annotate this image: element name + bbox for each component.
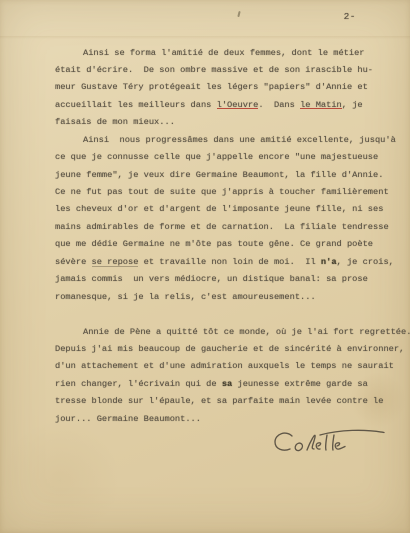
typed-line: jeune femme", je veux dire Germaine Beau…	[55, 167, 399, 184]
typed-text-segment: tresse blonde sur l'épaule, et sa parfai…	[55, 396, 383, 406]
overtyped-text: n'a	[321, 257, 337, 267]
red-underlined-title: le Matin	[300, 100, 342, 110]
typed-text-segment: , je crois,	[337, 257, 394, 267]
pencil-mark	[237, 11, 240, 17]
red-underlined-title: l'Oeuvre	[217, 100, 259, 110]
signature-colette: Colette	[270, 423, 392, 471]
typed-text-segment: Depuis j'ai mis beaucoup de gaucherie et…	[55, 344, 404, 354]
paragraph: Ainsi nous progressâmes dans une amitié …	[55, 132, 399, 306]
typed-line: Annie de Pène a quitté tôt ce monde, où …	[55, 324, 399, 341]
typed-line: jamais commis un vers médiocre, un disti…	[55, 271, 399, 288]
typed-line: romanesque, si je la relis, c'est amoure…	[55, 289, 399, 306]
typed-line: Depuis j'ai mis beaucoup de gaucherie et…	[55, 341, 399, 358]
page-number: 2-	[344, 11, 356, 22]
typed-text-segment: . Dans	[258, 100, 300, 110]
typed-line: d'un attachement et d'une admiration aux…	[55, 358, 399, 375]
paper-crease	[0, 36, 410, 39]
typed-text-segment: , je	[342, 100, 363, 110]
typed-text-segment: faisais de mon mieux...	[55, 117, 175, 127]
typed-text-segment: jeune femme", je veux dire Germaine Beau…	[55, 170, 383, 180]
typed-line: Ce ne fut pas tout de suite que j'appris…	[55, 184, 399, 201]
typed-line: Ainsi se forma l'amitié de deux femmes, …	[55, 45, 399, 62]
typed-line: que me dédie Germaine ne m'ôte pas toute…	[55, 236, 399, 253]
typed-text-segment: sévère	[55, 257, 92, 267]
paragraph: Annie de Pène a quitté tôt ce monde, où …	[55, 324, 399, 429]
typed-text-segment: jamais commis un vers médiocre, un disti…	[55, 274, 368, 284]
typed-text-segment: Ainsi nous progressâmes dans une amitié …	[83, 135, 396, 145]
typed-line: meur Gustave Téry protégeait les légers …	[55, 79, 399, 96]
typed-line: accueillait les meilleurs dans l'Oeuvre.…	[55, 97, 399, 114]
typed-line: était d'écrire. De son ombre massive et …	[55, 62, 399, 79]
typed-text-segment: était d'écrire. De son ombre massive et …	[55, 65, 373, 75]
signature-ink-strokes	[270, 423, 392, 471]
typed-text-segment: jour... Germaine Beaumont...	[55, 414, 201, 424]
typed-text-segment: rien changer, l'écrivain qui de	[55, 379, 222, 389]
typed-text-segment: meur Gustave Téry protégeait les légers …	[55, 82, 368, 92]
typed-line: sévère se repose et travaille non loin d…	[55, 254, 399, 271]
typed-text-segment: mains admirables de forme et de carnatio…	[55, 222, 389, 232]
typewritten-page: 2- Ainsi se forma l'amitié de deux femme…	[0, 0, 410, 533]
typed-text-segment: accueillait les meilleurs dans	[55, 100, 217, 110]
typed-text-segment: les cheveux d'or et d'argent de l'imposa…	[55, 204, 383, 214]
typed-text-segment: Annie de Pène a quitté tôt ce monde, où …	[83, 327, 410, 337]
typed-text-segment: que me dédie Germaine ne m'ôte pas toute…	[55, 239, 373, 249]
typed-text-segment: romanesque, si je la relis, c'est amoure…	[55, 292, 316, 302]
typed-text: Ainsi se forma l'amitié de deux femmes, …	[55, 45, 399, 429]
typed-line: rien changer, l'écrivain qui de sa jeune…	[55, 376, 399, 393]
typed-line: faisais de mon mieux...	[55, 114, 399, 131]
paragraph: Ainsi se forma l'amitié de deux femmes, …	[55, 45, 399, 132]
typed-text-segment: et travaille non loin de moi. Il	[138, 257, 320, 267]
typed-text-segment: Ce ne fut pas tout de suite que j'appris…	[55, 187, 389, 197]
typed-line: ce que je connusse celle que j'appelle e…	[55, 149, 399, 166]
typed-text-segment: jeunesse extrême garde sa	[232, 379, 368, 389]
typed-text-segment: d'un attachement et d'une admiration aux…	[55, 361, 394, 371]
typed-line: les cheveux d'or et d'argent de l'imposa…	[55, 201, 399, 218]
typed-line: mains admirables de forme et de carnatio…	[55, 219, 399, 236]
typed-line: tresse blonde sur l'épaule, et sa parfai…	[55, 393, 399, 410]
typed-line: Ainsi nous progressâmes dans une amitié …	[55, 132, 399, 149]
underscored-text: se repose	[92, 257, 139, 267]
typed-text-segment: ce que je connusse celle que j'appelle e…	[55, 152, 378, 162]
overtyped-text: sa	[222, 379, 232, 389]
typed-text-segment: Ainsi se forma l'amitié de deux femmes, …	[83, 48, 365, 58]
